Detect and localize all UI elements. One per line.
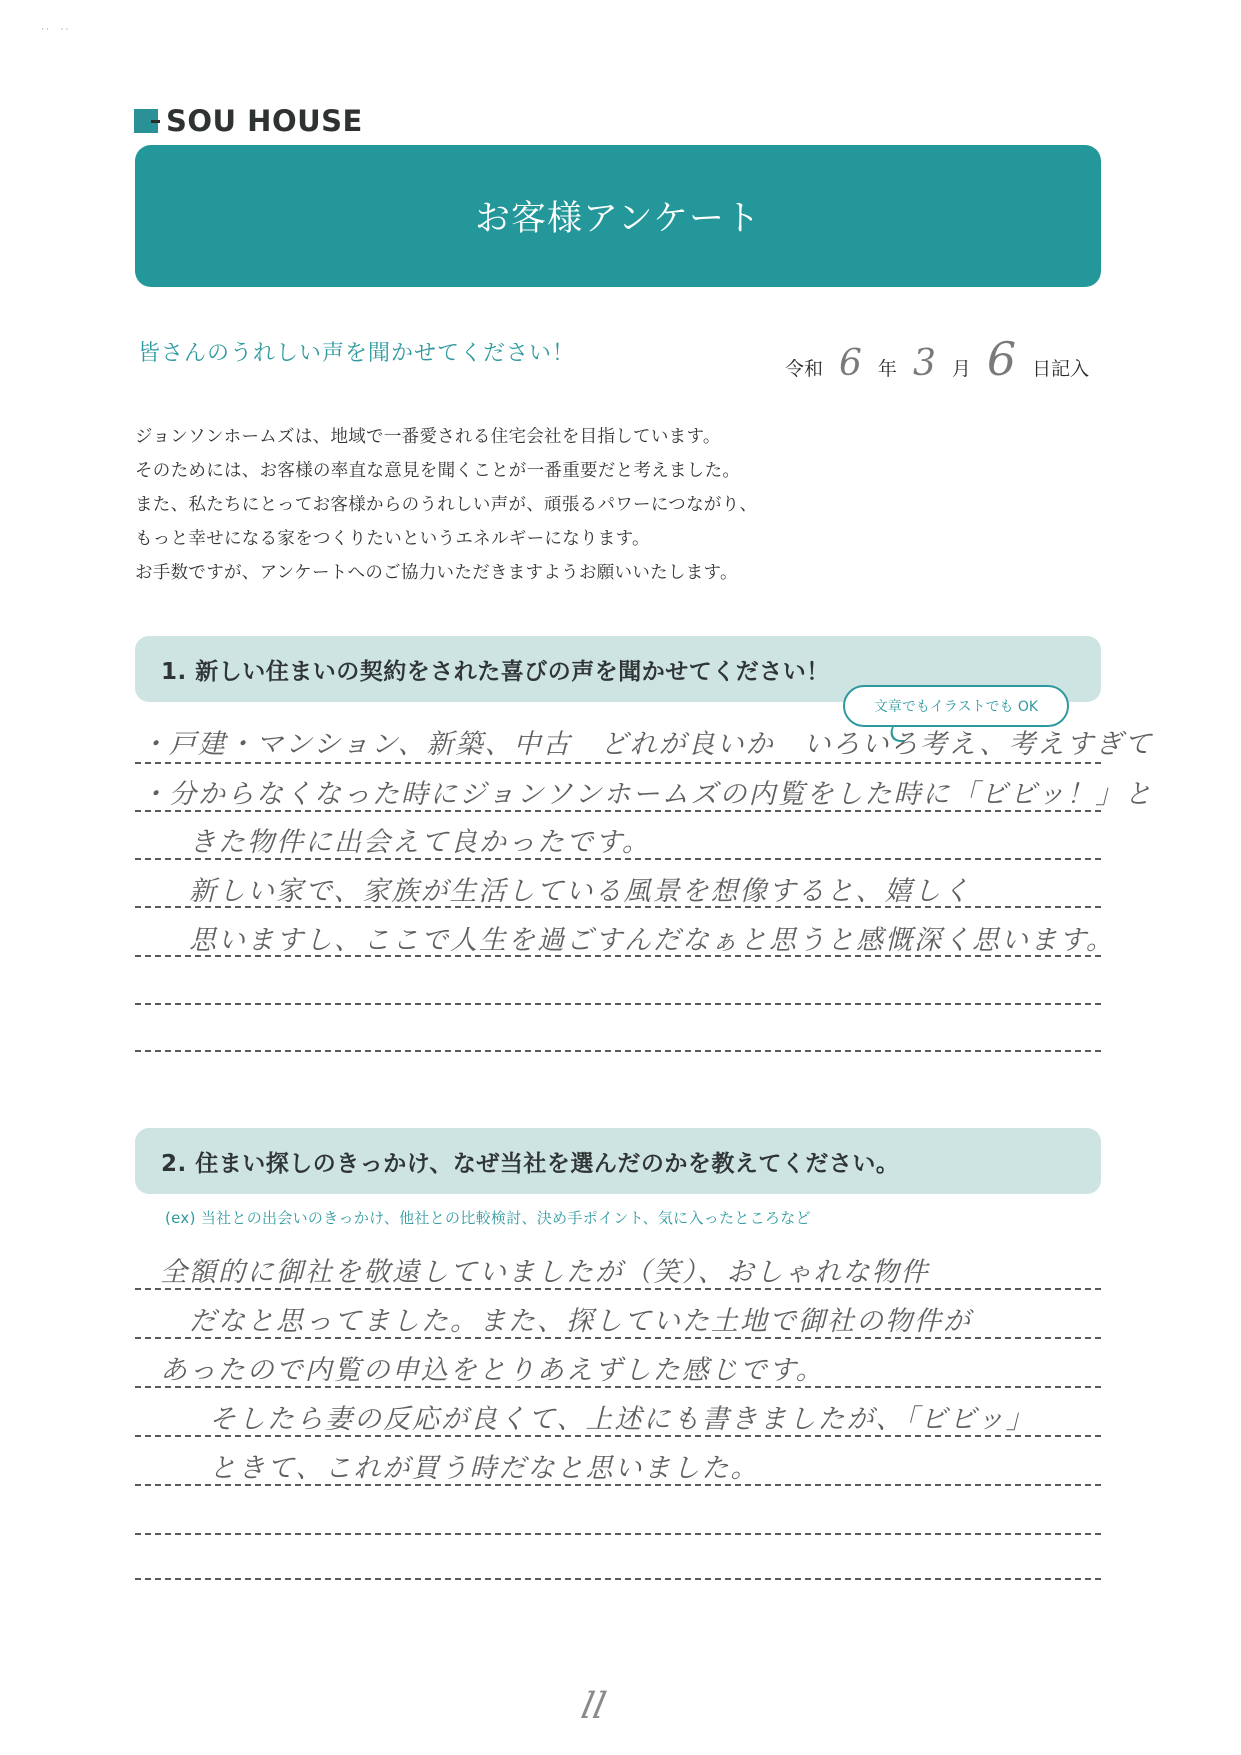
answer-rule: [135, 1435, 1101, 1437]
answer-rule: [135, 1578, 1101, 1580]
answer-1-line-5[interactable]: 思いますし、ここで人生を過ごすんだなぁと思うと感慨深く思います。: [160, 918, 1115, 957]
question-2-hint: (ex) 当社との出会いのきっかけ、他社との比較検討、決め手ポイント、気に入った…: [165, 1207, 811, 1228]
question-2-header: 2. 住まい探しのきっかけ、なぜ当社を選んだのかを教えてください。: [135, 1128, 1101, 1194]
brand-logo: SOU HOUSE: [134, 104, 363, 138]
intro-line: お手数ですが、アンケートへのご協力いただきますようお願いいたします。: [135, 556, 935, 590]
day-label: 日記入: [1032, 354, 1089, 381]
answer-rule: [135, 1050, 1101, 1052]
answer-rule: [135, 1533, 1101, 1535]
question-1-title: 1. 新しい住まいの契約をされた喜びの声を聞かせてください！: [161, 653, 830, 686]
answer-1-line-1[interactable]: ・戸建・マンション、新築、中古 どれが良いか いろいろ考え、考えすぎて: [140, 722, 1153, 761]
answer-2-line-3[interactable]: あったので内覧の申込をとりあえずした感じです。: [160, 1348, 825, 1387]
answer-2-line-5[interactable]: ときて、これが買う時だなと思いました。: [180, 1446, 759, 1485]
answer-2-line-1[interactable]: 全額的に御社を敬遠していましたが（笑）、おしゃれな物件: [160, 1250, 930, 1289]
question-2-title: 2. 住まい探しのきっかけ、なぜ当社を選んだのかを教えてください。: [161, 1145, 899, 1178]
bubble-text: 文章でもイラストでも OK: [874, 696, 1038, 716]
page-mark: ll: [578, 1686, 610, 1727]
answer-rule: [135, 1288, 1101, 1290]
intro-line: ジョンソンホームズは、地域で一番愛される住宅会社を目指しています。: [135, 420, 935, 454]
intro-line: また、私たちにとってお客様からのうれしい声が、頑張るパワーにつながり、: [135, 488, 935, 522]
answer-rule: [135, 1484, 1101, 1486]
title-banner: お客様アンケート: [135, 145, 1101, 287]
answer-rule: [135, 858, 1101, 860]
answer-rule: [135, 762, 1101, 764]
year-label: 年: [878, 354, 897, 381]
scan-specks: ˙˙ ˙˙: [40, 28, 70, 39]
brand-square-icon: [134, 109, 158, 133]
subtitle: 皆さんのうれしい声を聞かせてください！: [138, 336, 575, 367]
month-label: 月: [952, 354, 971, 381]
day-value[interactable]: 6: [987, 336, 1016, 382]
answer-rule: [135, 955, 1101, 957]
page-title: お客様アンケート: [475, 191, 761, 241]
answer-1-line-3[interactable]: きた物件に出会えて良かったです。: [160, 820, 651, 859]
speech-bubble: 文章でもイラストでも OK: [843, 685, 1069, 727]
year-value[interactable]: 6: [839, 346, 862, 382]
answer-rule: [135, 1386, 1101, 1388]
intro-line: もっと幸せになる家をつくりたいというエネルギーになります。: [135, 522, 935, 556]
month-value[interactable]: 3: [913, 346, 936, 382]
era-label: 令和: [785, 354, 823, 381]
answer-2-line-2[interactable]: だなと思ってました。また、探していた土地で御社の物件が: [160, 1299, 972, 1338]
answer-rule: [135, 1337, 1101, 1339]
brand-name: SOU HOUSE: [166, 104, 363, 138]
answer-2-line-4[interactable]: そしたら妻の反応が良くて、上述にも書きましたが、「ビビッ」: [180, 1397, 1035, 1436]
intro-line: そのためには、お客様の率直な意見を聞くことが一番重要だと考えました。: [135, 454, 935, 488]
answer-rule: [135, 810, 1101, 812]
answer-1-line-4[interactable]: 新しい家で、家族が生活している風景を想像すると、嬉しく: [160, 869, 971, 908]
intro-text: ジョンソンホームズは、地域で一番愛される住宅会社を目指しています。 そのためには…: [135, 420, 935, 590]
date-entry: 令和 6 年 3 月 6 日記入: [785, 336, 1089, 382]
answer-rule: [135, 1003, 1101, 1005]
answer-rule: [135, 906, 1101, 908]
answer-1-line-2[interactable]: ・分からなくなった時にジョンソンホームズの内覧をした時に「ビビッ！」と: [140, 772, 1153, 811]
